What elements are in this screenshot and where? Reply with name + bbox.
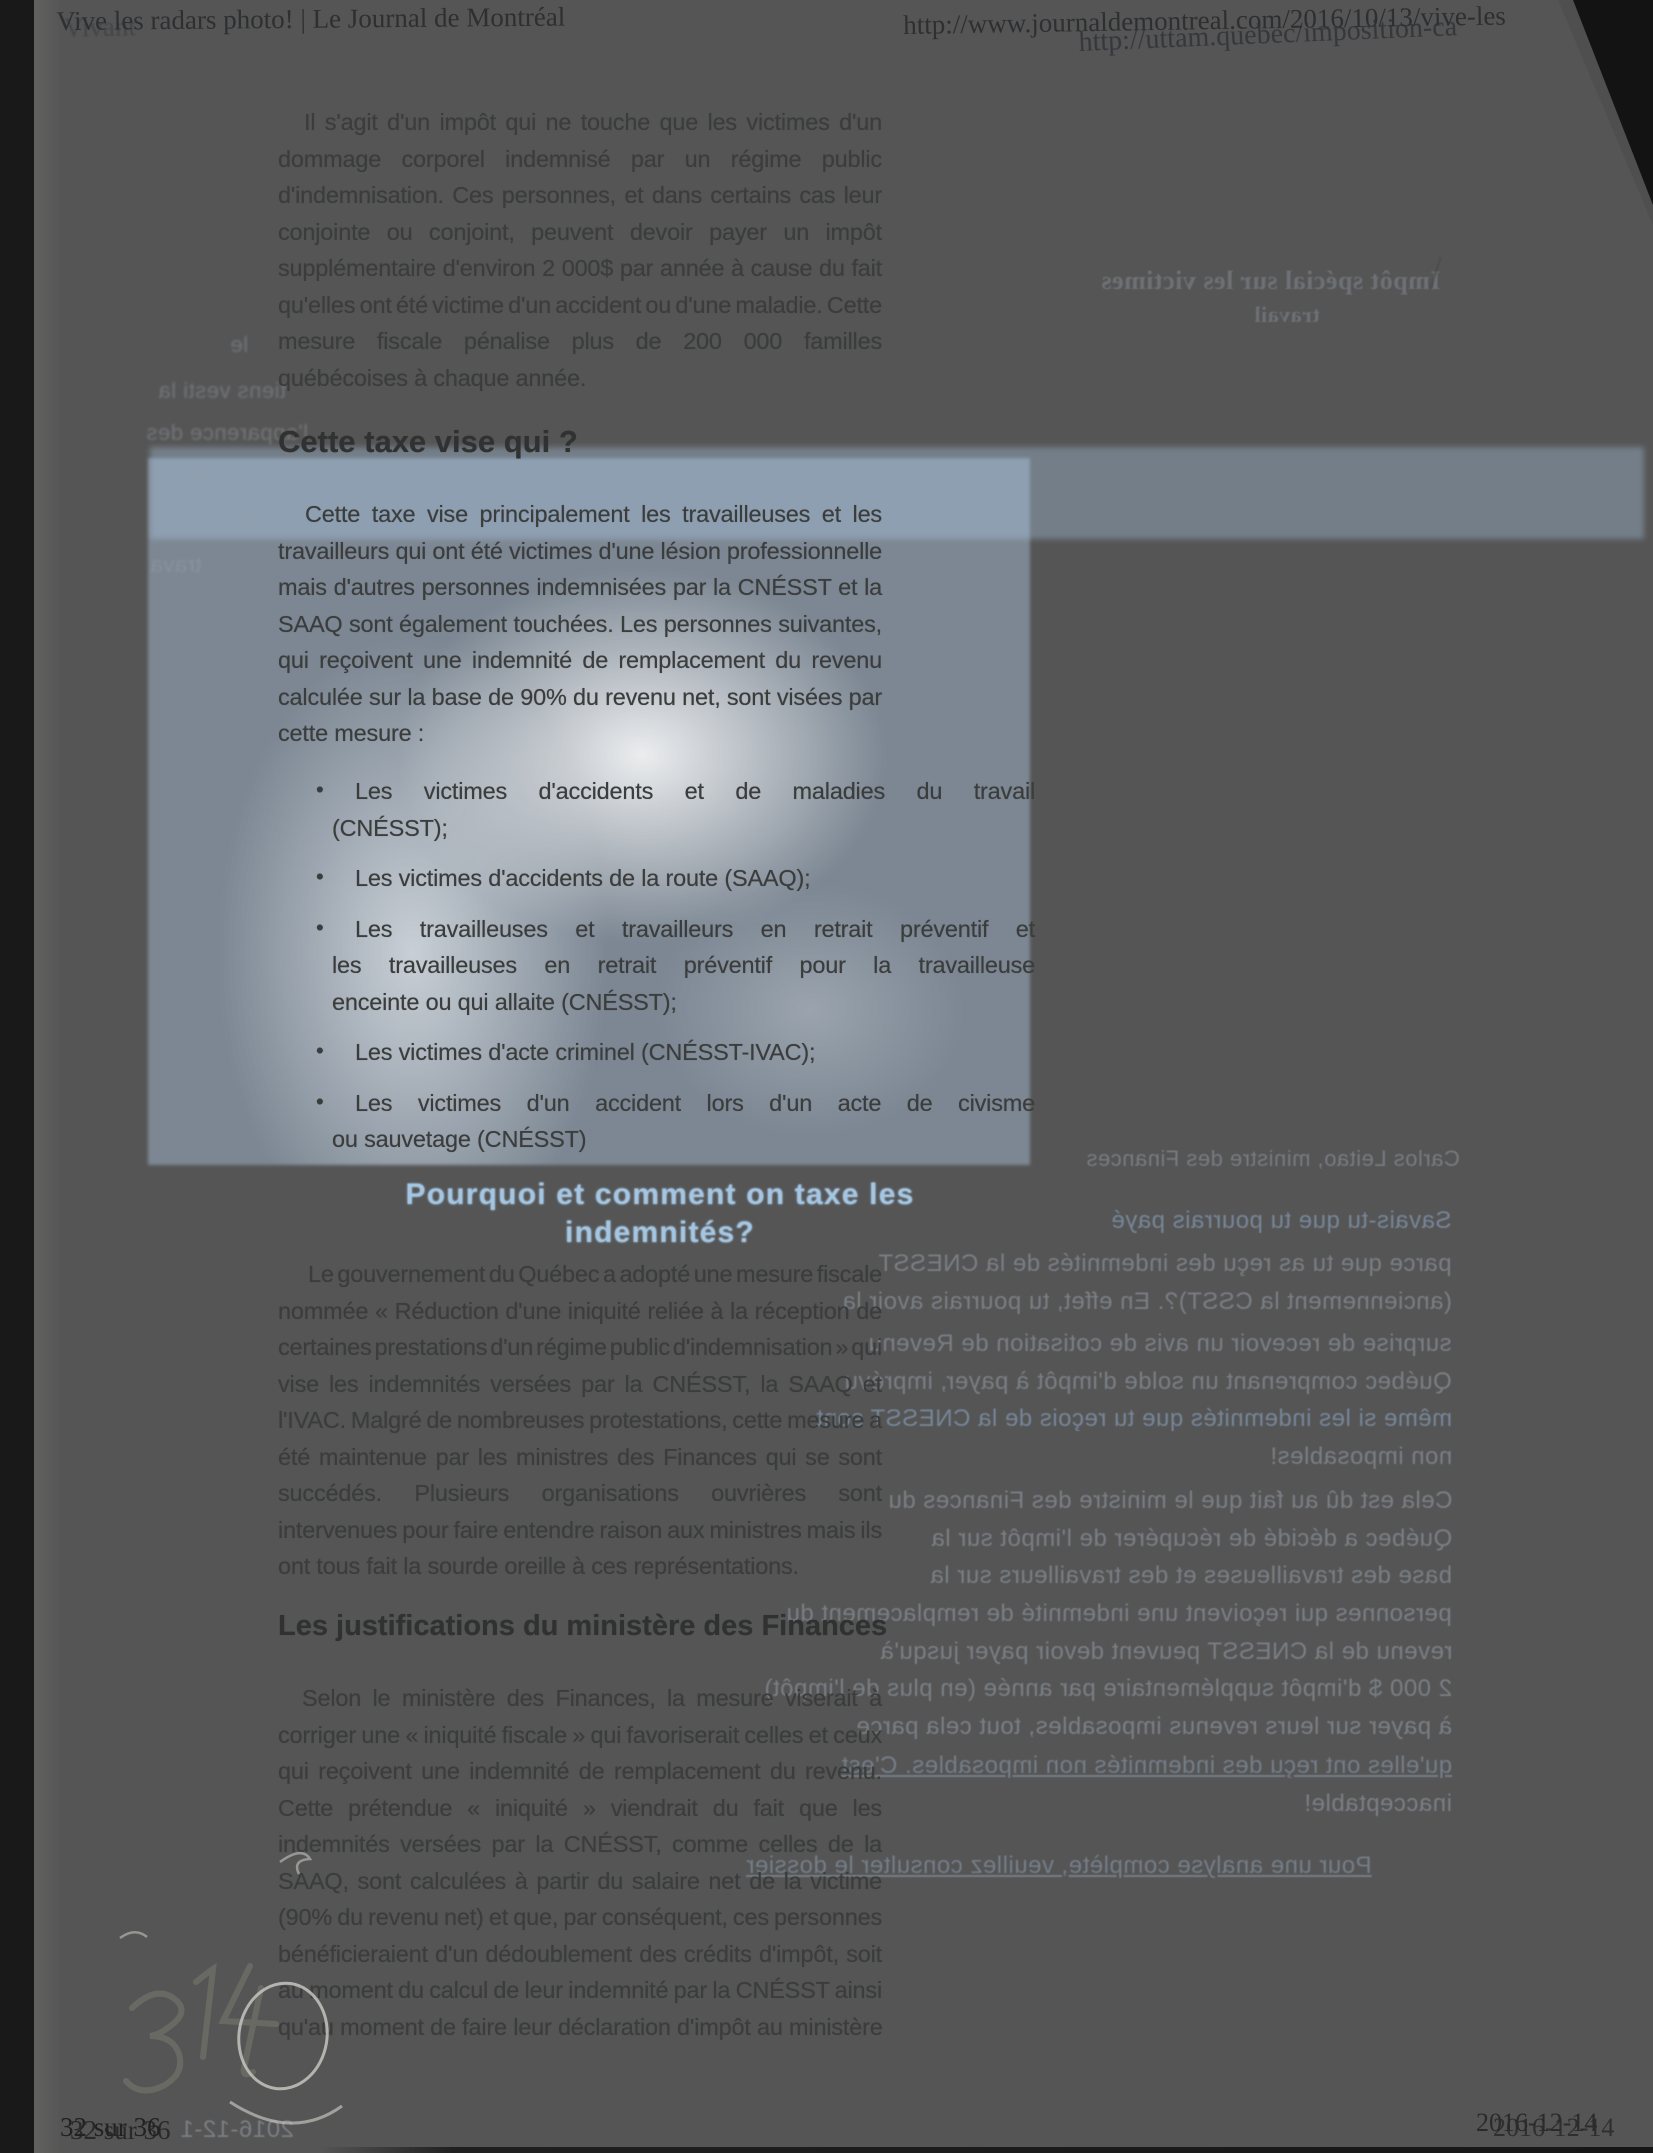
text-line: vise les indemnités versées par la CNÉSS… [278,1366,882,1403]
scanned-document-page: Impôt spécial sur les victimes travail C… [0,0,1653,2153]
bleedthrough-fragment: le [230,332,248,358]
bleedthrough-fragment: tiens vesti la [158,378,286,404]
handwritten-number-314 [80,1840,410,2140]
text-line: Il s'agit d'un impôt qui ne touche que l… [278,104,882,141]
bleedthrough-text-line: non imposables! [1270,1443,1452,1471]
bleedthrough-text-line: inacceptable! [1304,1790,1452,1818]
header-page-title: Vive les radars photo! | Le Journal de M… [56,2,565,37]
text-line: Les victimes d'accidents et de maladies … [332,773,1035,810]
scanner-corner-top-right [1573,0,1653,205]
bleedthrough-text-line: revenu de la CNESST peuvent devoir payer… [880,1638,1452,1666]
bullet-marker-icon: • [316,772,324,809]
section-heading-justifications: Les justifications du ministère des Fina… [278,1610,887,1643]
bullet-marker-icon: • [316,859,324,896]
bullet-marker-icon: • [316,910,324,947]
text-line: (CNÉSST); [332,810,1035,847]
bullet-marker-icon: • [316,1033,324,1070]
bullet-list-victimes: •Les victimes d'accidents et de maladies… [332,773,1035,1172]
text-line: SAAQ sont également touchées. Les person… [278,606,882,643]
paragraph-cette-taxe: Cette taxe vise principalement les trava… [278,496,882,752]
bullet-item: •Les victimes d'acte criminel (CNÉSST-IV… [332,1034,1035,1071]
footer-page-number: 32 sur 36 [60,2112,161,2143]
text-line: ont tous fait la sourde oreille à ces re… [278,1548,882,1585]
paragraph-gouvernement: Le gouvernement du Québec a adopté une m… [278,1256,882,1585]
bleedthrough-text-line: surprise de recevoir un avis de cotisati… [868,1330,1452,1358]
text-line: dommage corporel indemnisé par un régime… [278,141,882,178]
text-line: conjointe ou conjoint, peuvent devoir pa… [278,214,882,251]
text-line: supplémentaire d'environ 2 000$ par anné… [278,250,882,287]
bullet-marker-icon: • [316,1084,324,1121]
paragraph-intro: Il s'agit d'un impôt qui ne touche que l… [278,104,882,396]
bleedthrough-text-line: Québec a décidé de récupérer de l'impôt … [931,1525,1452,1553]
bleedthrough-fragment: trava [150,552,201,578]
text-line: Le gouvernement du Québec a adopté une m… [278,1256,882,1293]
text-line: succédés. Plusieurs organisations ouvriè… [278,1475,882,1512]
bleedthrough-text-line: Cela est dû au fait que le ministre des … [888,1487,1452,1515]
bleedthrough-reverse-heading: Impôt spécial sur les victimes [1101,266,1441,296]
bleedthrough-text-line: à payer sur leurs revenus imposables, to… [856,1713,1452,1741]
text-line: les travailleuses en retrait préventif p… [332,947,1035,984]
bullet-item: •Les victimes d'un accident lors d'un ac… [332,1085,1035,1158]
bleedthrough-text-line: Québec comprenant un solde d'impôt à pay… [844,1368,1452,1396]
scanner-edge-left [0,0,34,2153]
bullet-item: •Les travailleuses et travailleurs en re… [332,911,1035,1021]
bleedthrough-blue-heading: Pourquoi et comment on taxe les indemnit… [310,1176,1010,1252]
text-line: qui reçoivent une indemnité de remplacem… [278,1753,882,1790]
scanner-edge-bottom [320,2147,1653,2153]
bleedthrough-reverse-heading-line2: travail [1254,302,1320,328]
bleedthrough-fragment: accords et si [166,465,296,491]
blue-heading-line2: indemnités? [310,1214,1010,1252]
text-line: certaines prestations d'un régime public… [278,1329,882,1366]
text-line: l'IVAC. Malgré de nombreuses protestatio… [278,1402,882,1439]
bleedthrough-text-line: (anciennement la CSST)?. En effet, tu po… [842,1288,1452,1316]
text-line: calculée sur la base de 90% du revenu ne… [278,679,882,716]
scanner-edge-left-shadow [34,0,62,2153]
text-line: Selon le ministère des Finances, la mesu… [278,1680,882,1717]
footer-date-ghost: 2016-12-14 [1493,2113,1614,2143]
bleedthrough-text-line: qu'elles ont reçu des indemnités non imp… [841,1752,1452,1780]
text-line: québécoises à chaque année. [278,360,882,397]
text-line: qui reçoivent une indemnité de remplacem… [278,642,882,679]
bleedthrough-text-line: Carlos Leitao, ministre des Finances [1086,1146,1460,1172]
text-line: qu'elles ont été victime d'un accident o… [278,287,882,324]
text-line: Les victimes d'accidents de la route (SA… [332,860,1035,897]
text-line: Cette prétendue « iniquité » viendrait d… [278,1790,882,1827]
text-line: cette mesure : [278,715,882,752]
blue-heading-line1: Pourquoi et comment on taxe les [310,1176,1010,1214]
text-line: travailleurs qui ont été victimes d'une … [278,533,882,570]
bleedthrough-text-line: même si les indemnités que tu reçois de … [816,1405,1452,1433]
text-line: mais d'autres personnes indemnisées par … [278,569,882,606]
bleedthrough-text-line: parce que tu as reçu des indemnités de l… [878,1250,1452,1278]
bleedthrough-text-line: base des travailleuses et des travailleu… [930,1562,1452,1590]
bleedthrough-text-line: Savais-tu que tu pourrais payé [1111,1207,1452,1235]
section-heading-cette-taxe: Cette taxe vise qui ? [278,424,578,460]
bullet-item: •Les victimes d'accidents de la route (S… [332,860,1035,897]
text-line: intervenues pour faire entendre raison a… [278,1512,882,1549]
text-line: Cette taxe vise principalement les trava… [278,496,882,533]
bullet-item: •Les victimes d'accidents et de maladies… [332,773,1035,846]
text-line: nommée « Réduction d'une iniquité reliée… [278,1293,882,1330]
text-line: enceinte ou qui allaite (CNÉSST); [332,984,1035,1021]
text-line: Les travailleuses et travailleurs en ret… [332,911,1035,948]
text-line: mesure fiscale pénalise plus de 200 000 … [278,323,882,360]
text-line: Les victimes d'acte criminel (CNÉSST-IVA… [332,1034,1035,1071]
text-line: d'indemnisation. Ces personnes, et dans … [278,177,882,214]
text-line: Les victimes d'un accident lors d'un act… [332,1085,1035,1122]
text-line: corriger une « iniquité fiscale » qui fa… [278,1717,882,1754]
bleedthrough-fragment: du [236,508,261,534]
text-line: été maintenue par les ministres des Fina… [278,1439,882,1476]
text-line: ou sauvetage (CNÉSST) [332,1121,1035,1158]
